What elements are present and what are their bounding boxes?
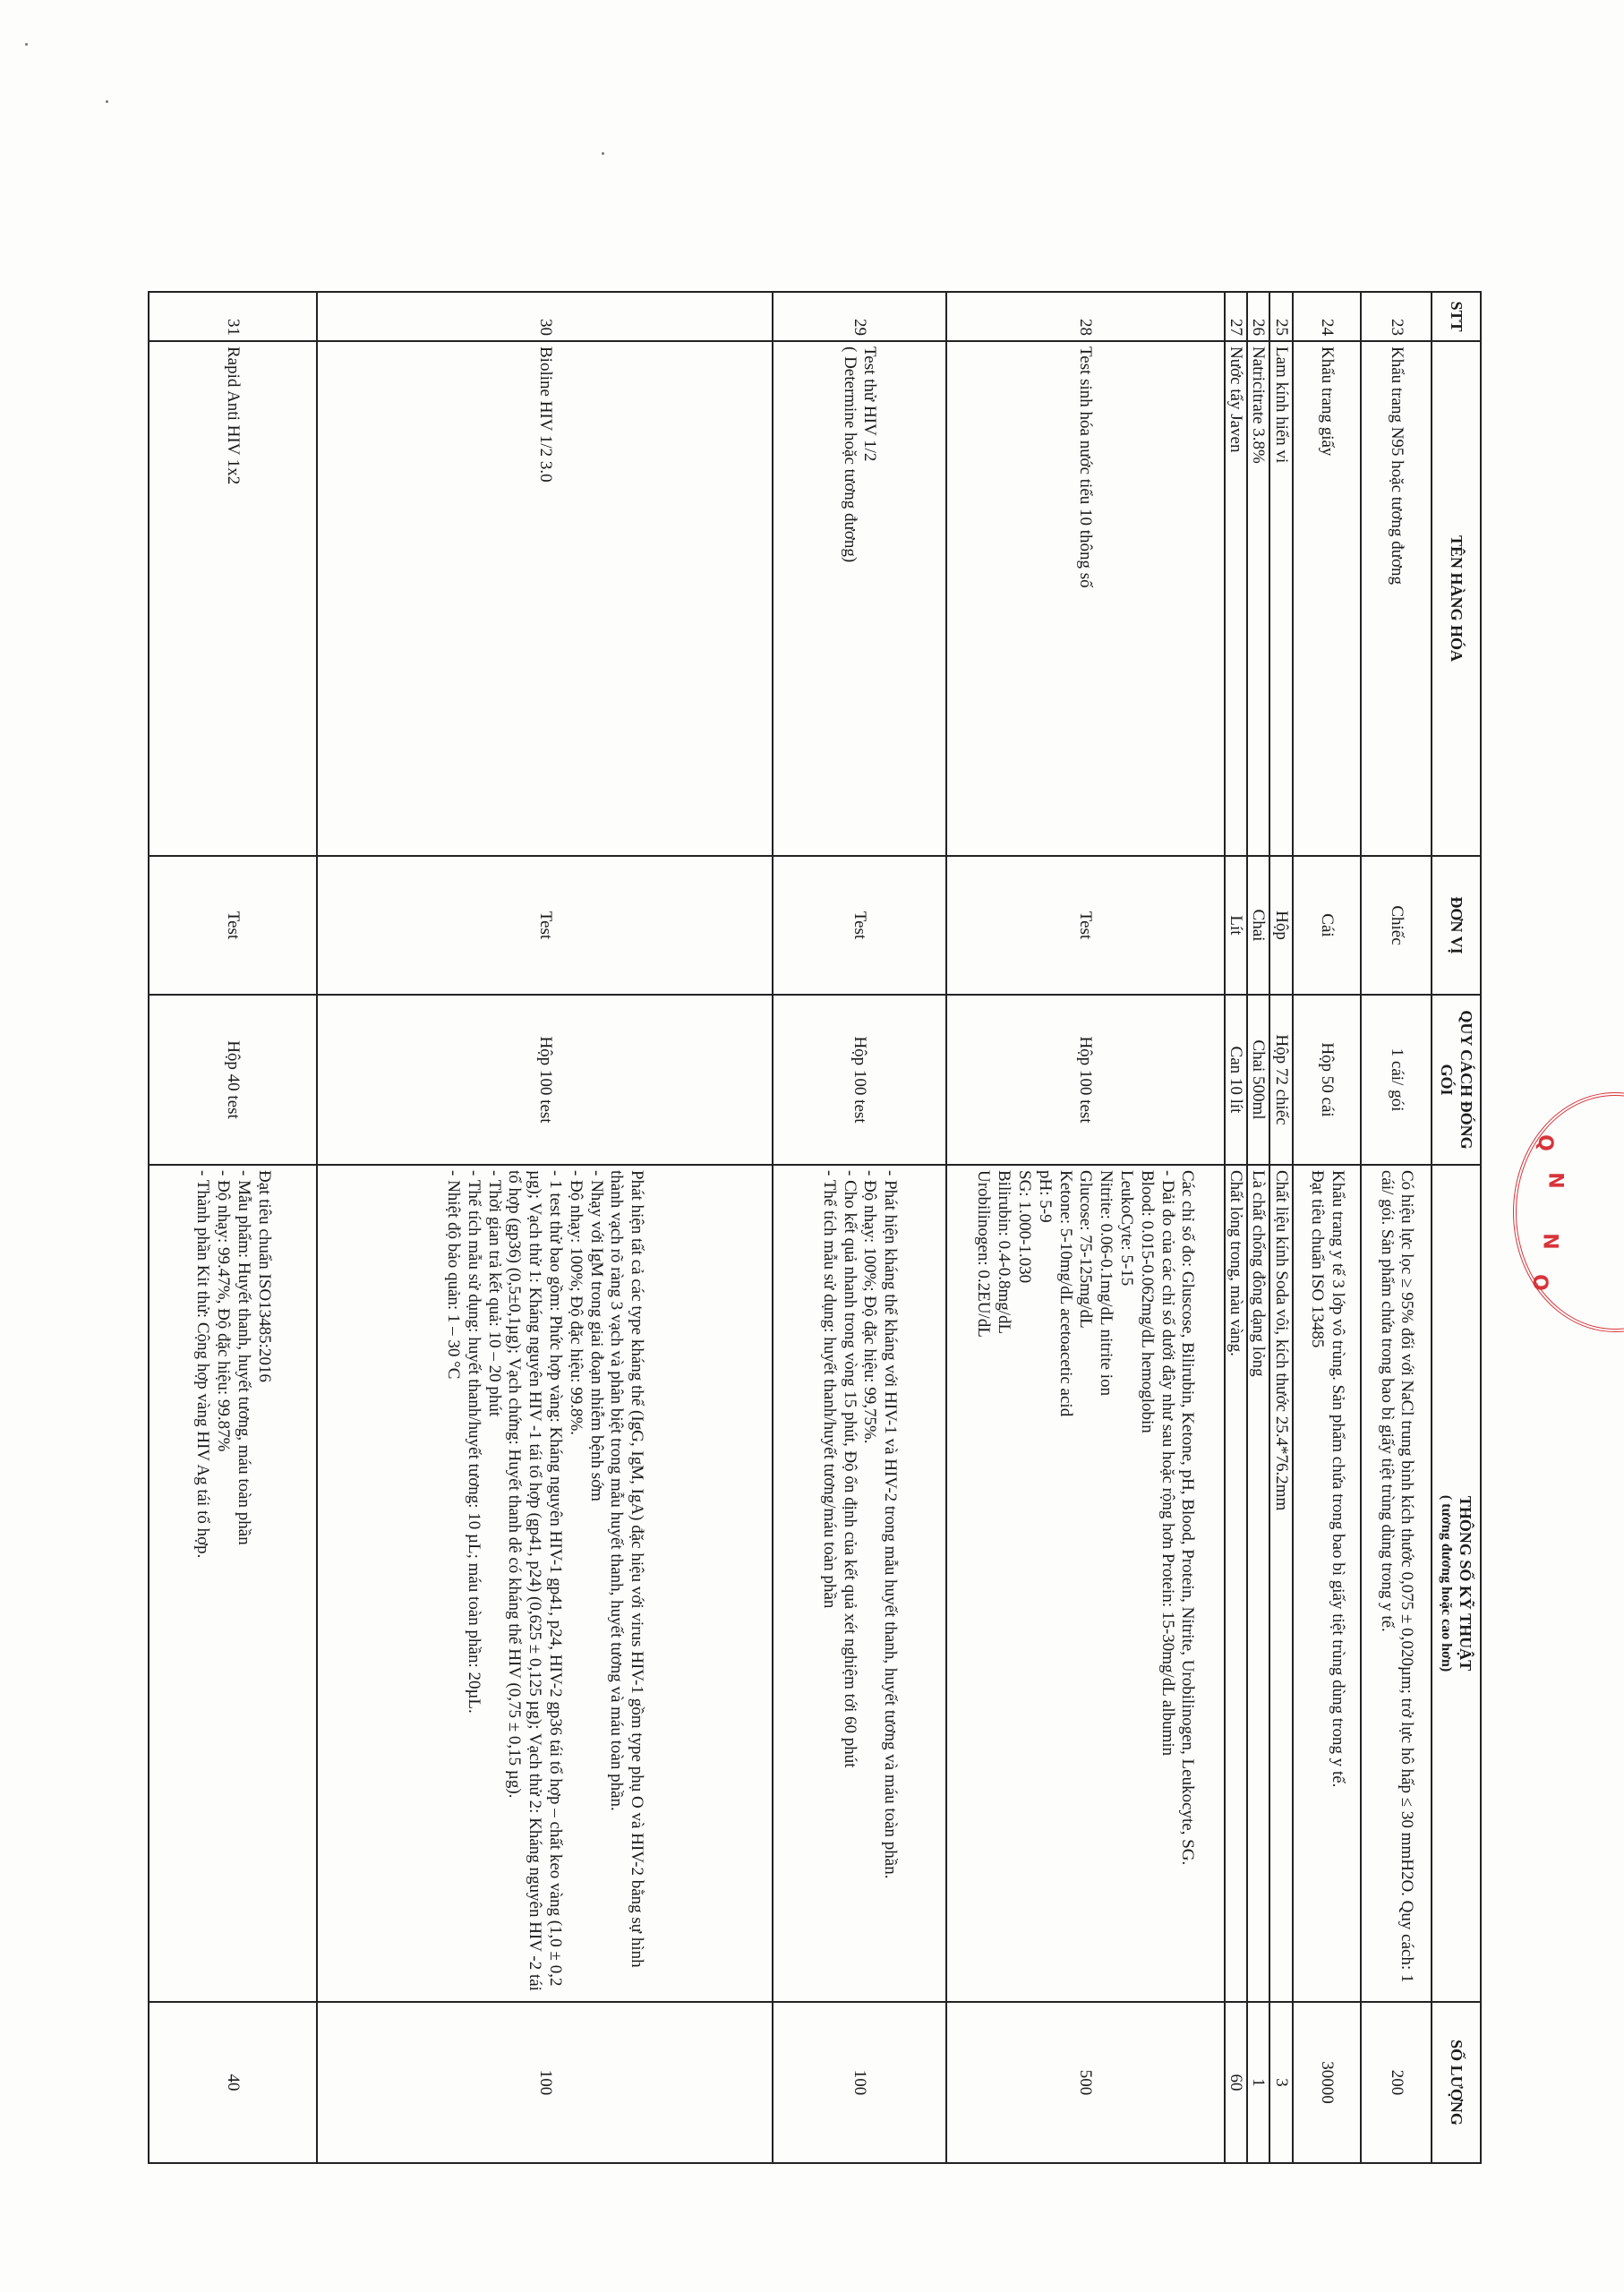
item-spec: Có hiệu lực lọc ≥ 95% đối với NaCl trung… bbox=[1361, 1165, 1432, 2002]
item-name: Test sinh hóa nước tiểu 10 thông số bbox=[946, 341, 1225, 856]
header-spec: THÔNG SỐ KỸ THUẬT ( tương đương hoặc cao… bbox=[1432, 1165, 1481, 2002]
row-number: 25 bbox=[1269, 292, 1292, 341]
item-unit: Cái bbox=[1293, 856, 1361, 995]
item-spec: Chất lỏng trong, màu vàng. bbox=[1225, 1165, 1247, 2002]
spec-line: Đạt tiêu chuẩn ISO 13485 bbox=[1306, 1170, 1327, 1997]
item-quantity: 100 bbox=[317, 2002, 773, 2163]
item-name-text: Khẩu trang N95 hoặc tương đương bbox=[1386, 346, 1406, 851]
header-packaging: QUY CÁCH ĐÓNG GÓI bbox=[1432, 995, 1481, 1165]
spec-line: - Độ nhạy: 99.47%, Độ đặc hiệu: 99.87% bbox=[212, 1170, 233, 1997]
item-packaging: 1 cái/ gói bbox=[1361, 995, 1432, 1165]
table-row: 24Khẩu trang giấyCáiHộp 50 cáiKhẩu trang… bbox=[1293, 292, 1361, 2163]
item-name-text: Nước tẩy Javen bbox=[1227, 346, 1244, 851]
item-spec: Là chất chống đông dạng lỏng bbox=[1247, 1165, 1269, 2002]
header-stt: STT bbox=[1432, 292, 1481, 341]
item-quantity: 100 bbox=[773, 2002, 946, 2163]
item-packaging: Hộp 100 test bbox=[317, 995, 773, 1165]
row-number: 23 bbox=[1361, 292, 1432, 341]
item-name: Natricitrate 3.8% bbox=[1247, 341, 1269, 856]
item-name-text: Test thử HIV 1/2 bbox=[859, 346, 880, 851]
table-row: 27Nước tẩy JavenLítCan 10 lítChất lỏng t… bbox=[1225, 292, 1247, 2163]
stamp-letter: N bbox=[1539, 1233, 1561, 1249]
spec-line: Là chất chống đông dạng lỏng bbox=[1250, 1170, 1267, 1997]
item-unit: Chai bbox=[1247, 856, 1269, 995]
spec-line: Khẩu trang y tế 3 lớp vô trùng. Sản phẩm… bbox=[1327, 1170, 1347, 1997]
item-spec: Khẩu trang y tế 3 lớp vô trùng. Sản phẩm… bbox=[1293, 1165, 1361, 2002]
table-row: 31Rapid Anti HIV 1x2TestHộp 40 testĐạt t… bbox=[149, 292, 317, 2163]
item-name: Khẩu trang giấy bbox=[1293, 341, 1361, 856]
item-name-note: ( Determine hoặc tương đương) bbox=[839, 346, 859, 851]
item-name-text: Rapid Anti HIV 1x2 bbox=[223, 346, 244, 851]
spec-line: - Thể tích mẫu sử dụng: huyết thanh/huyế… bbox=[818, 1170, 839, 1997]
table-row: 29Test thử HIV 1/2( Determine hoặc tương… bbox=[773, 292, 946, 2163]
item-quantity: 60 bbox=[1225, 2002, 1247, 2163]
item-spec: Các chỉ số đo: Gluscose, Bilirubin, Keto… bbox=[946, 1165, 1225, 2002]
stamp-letter: O bbox=[1528, 1274, 1551, 1291]
row-number: 27 bbox=[1225, 292, 1247, 341]
table-row: 26Natricitrate 3.8%ChaiChai 500mlLà chất… bbox=[1247, 292, 1269, 2163]
item-packaging: Hộp 50 cái bbox=[1293, 995, 1361, 1165]
spec-line: Ketone: 5-10mg/dL acetoacetic acid bbox=[1055, 1170, 1075, 1997]
scan-speck bbox=[106, 100, 108, 103]
row-number: 24 bbox=[1293, 292, 1361, 341]
item-packaging: Hộp 100 test bbox=[946, 995, 1225, 1165]
item-spec: Đạt tiêu chuẩn ISO13485:2016- Mẫu phẩm: … bbox=[149, 1165, 317, 2002]
goods-spec-table: STT TÊN HÀNG HÓA ĐƠN VỊ QUY CÁCH ĐÓNG GÓ… bbox=[148, 291, 1482, 2164]
item-name-text: Lam kính hiển vi bbox=[1273, 346, 1290, 851]
red-seal-stamp: Q N N O bbox=[1513, 1092, 1624, 1332]
spec-line: Blood: 0.015-0.062mg/dL hemoglobin bbox=[1136, 1170, 1157, 1997]
item-quantity: 500 bbox=[946, 2002, 1225, 2163]
spec-line: - Độ nhạy: 100%; Độ đặc hiệu: 99.8%. bbox=[565, 1170, 585, 1997]
item-spec: - Phát hiện kháng thể kháng với HIV-1 và… bbox=[773, 1165, 946, 2002]
spec-line: - Thành phần Kit thử: Cộng hợp vàng HIV … bbox=[192, 1170, 212, 1997]
scan-speck bbox=[25, 43, 28, 46]
item-name-text: Natricitrate 3.8% bbox=[1250, 346, 1267, 851]
item-unit: Test bbox=[149, 856, 317, 995]
table-row: 30Bioline HIV 1/2 3.0TestHộp 100 testPhá… bbox=[317, 292, 773, 2163]
item-name: Nước tẩy Javen bbox=[1225, 341, 1247, 856]
row-number: 31 bbox=[149, 292, 317, 341]
item-name-text: Test sinh hóa nước tiểu 10 thông số bbox=[1075, 346, 1096, 851]
item-spec: Phát hiện tất cả các type kháng thể (IgG… bbox=[317, 1165, 773, 2002]
item-quantity: 1 bbox=[1247, 2002, 1269, 2163]
item-unit: Hộp bbox=[1269, 856, 1292, 995]
item-quantity: 3 bbox=[1269, 2002, 1292, 2163]
rotated-page: STT TÊN HÀNG HÓA ĐƠN VỊ QUY CÁCH ĐÓNG GÓ… bbox=[148, 291, 1482, 2162]
spec-line: Chất lỏng trong, màu vàng. bbox=[1227, 1170, 1244, 1997]
spec-line: - Nhạy với IgM trong giai đoạn nhiễm bện… bbox=[585, 1170, 606, 1997]
spec-line: Urobilinogen: 0.2EU/dL bbox=[973, 1170, 994, 1997]
item-unit: Chiếc bbox=[1361, 856, 1432, 995]
spec-line: SG: 1.000-1.030 bbox=[1013, 1170, 1034, 1997]
spec-line: pH: 5-9 bbox=[1034, 1170, 1055, 1997]
table-row: 28Test sinh hóa nước tiểu 10 thông sốTes… bbox=[946, 292, 1225, 2163]
spec-line: Bilirubin: 0.4-0.8mg/dL bbox=[993, 1170, 1013, 1997]
spec-line: - Thời gian trả kết quả: 10 – 20 phút bbox=[483, 1170, 504, 1997]
spec-line: Phát hiện tất cả các type kháng thể (IgG… bbox=[606, 1170, 647, 1997]
spec-line: - Cho kết quả nhanh trong vòng 15 phút, … bbox=[839, 1170, 859, 1997]
spec-line: - Mẫu phẩm: Huyết thanh, huyết tương, má… bbox=[233, 1170, 253, 1997]
item-unit: Test bbox=[946, 856, 1225, 995]
spec-line: - Phát hiện kháng thể kháng với HIV-1 và… bbox=[879, 1170, 900, 1997]
spec-line: Đạt tiêu chuẩn ISO13485:2016 bbox=[253, 1170, 274, 1997]
item-quantity: 30000 bbox=[1293, 2002, 1361, 2163]
spec-line: - Độ nhạy: 100%; Độ đặc hiệu: 99,75%. bbox=[859, 1170, 880, 1997]
item-packaging: Can 10 lít bbox=[1225, 995, 1247, 1165]
header-unit: ĐƠN VỊ bbox=[1432, 856, 1481, 995]
spec-line: - Nhiệt độ bảo quản: 1 – 30 °C bbox=[442, 1170, 463, 1997]
spec-line: Chất liệu kính Soda vôi, kích thước 25.4… bbox=[1273, 1170, 1290, 1997]
scan-speck bbox=[602, 152, 604, 155]
spec-line: Nitrite: 0.06-0.1mg/dL nitrite ion bbox=[1095, 1170, 1115, 1997]
item-unit: Test bbox=[773, 856, 946, 995]
item-packaging: Hộp 40 test bbox=[149, 995, 317, 1165]
stamp-letter: N bbox=[1544, 1172, 1567, 1188]
item-packaging: Hộp 100 test bbox=[773, 995, 946, 1165]
table-row: 23Khẩu trang N95 hoặc tương đươngChiếc1 … bbox=[1361, 292, 1432, 2163]
spec-line: Glucose: 75-125mg/dL bbox=[1075, 1170, 1096, 1997]
item-spec: Chất liệu kính Soda vôi, kích thước 25.4… bbox=[1269, 1165, 1292, 2002]
header-spec-title: THÔNG SỐ KỸ THUẬT bbox=[1457, 1496, 1474, 1671]
spec-line: - Thể tích mẫu sử dụng: huyết thanh/huyế… bbox=[463, 1170, 483, 1997]
header-name: TÊN HÀNG HÓA bbox=[1432, 341, 1481, 856]
item-name: Lam kính hiển vi bbox=[1269, 341, 1292, 856]
table-header-row: STT TÊN HÀNG HÓA ĐƠN VỊ QUY CÁCH ĐÓNG GÓ… bbox=[1432, 292, 1481, 2163]
item-unit: Lít bbox=[1225, 856, 1247, 995]
header-quantity: SỐ LƯỢNG bbox=[1432, 2002, 1481, 2163]
item-quantity: 200 bbox=[1361, 2002, 1432, 2163]
header-spec-subtitle: ( tương đương hoặc cao hơn) bbox=[1438, 1170, 1455, 1997]
spec-line: LeukoCyte: 5-15 bbox=[1115, 1170, 1136, 1997]
row-number: 28 bbox=[946, 292, 1225, 341]
row-number: 26 bbox=[1247, 292, 1269, 341]
item-quantity: 40 bbox=[149, 2002, 317, 2163]
stamp-letter: Q bbox=[1534, 1134, 1556, 1151]
item-name: Rapid Anti HIV 1x2 bbox=[149, 341, 317, 856]
item-name-text: Khẩu trang giấy bbox=[1317, 346, 1338, 851]
spec-line: - 1 test thử bao gồm: Phức hợp vàng: Khá… bbox=[504, 1170, 565, 1997]
item-packaging: Chai 500ml bbox=[1247, 995, 1269, 1165]
row-number: 30 bbox=[317, 292, 773, 341]
table-row: 25Lam kính hiển viHộpHộp 72 chiếcChất li… bbox=[1269, 292, 1292, 2163]
item-name-text: Bioline HIV 1/2 3.0 bbox=[534, 346, 555, 851]
row-number: 29 bbox=[773, 292, 946, 341]
spec-line: Các chỉ số đo: Gluscose, Bilirubin, Keto… bbox=[1177, 1170, 1198, 1997]
item-packaging: Hộp 72 chiếc bbox=[1269, 995, 1292, 1165]
spec-line: - Dải đo của các chỉ số dưới đây như sau… bbox=[1157, 1170, 1177, 1997]
item-name: Test thử HIV 1/2( Determine hoặc tương đ… bbox=[773, 341, 946, 856]
item-name: Bioline HIV 1/2 3.0 bbox=[317, 341, 773, 856]
item-unit: Test bbox=[317, 856, 773, 995]
spec-line: Có hiệu lực lọc ≥ 95% đối với NaCl trung… bbox=[1376, 1170, 1417, 1997]
item-name: Khẩu trang N95 hoặc tương đương bbox=[1361, 341, 1432, 856]
